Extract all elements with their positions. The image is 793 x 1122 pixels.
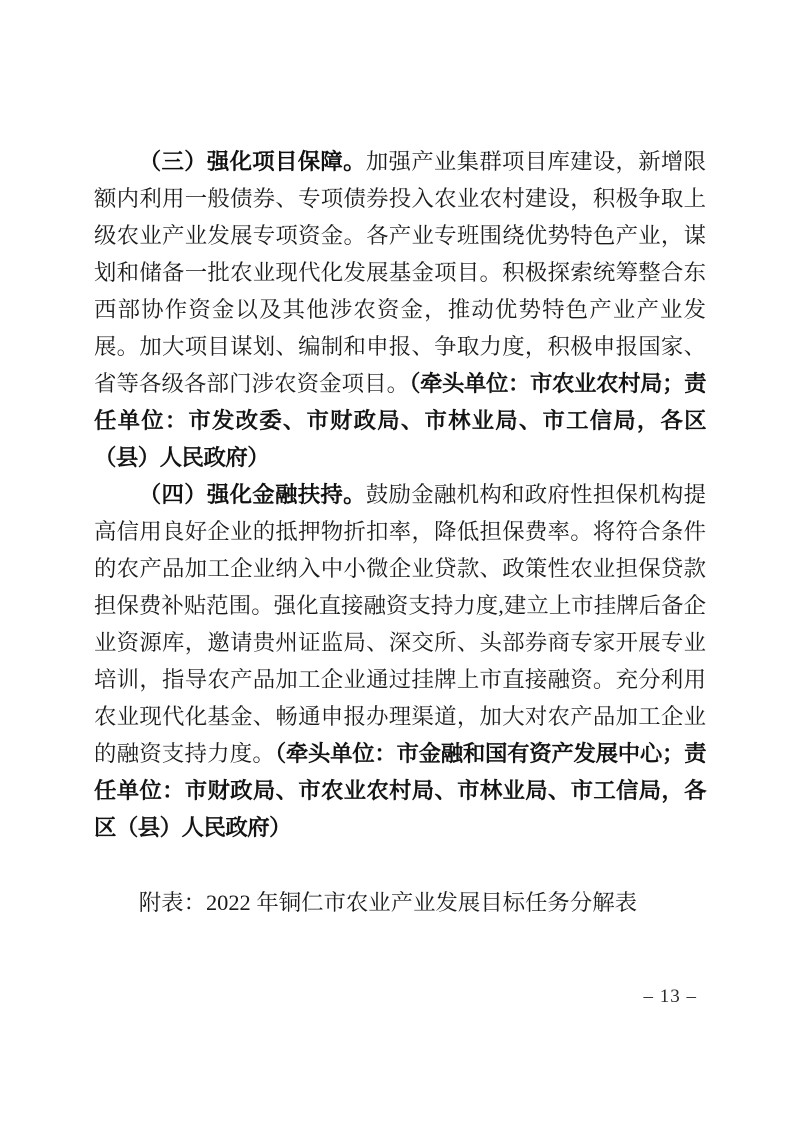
paragraph-section-3: （三）强化项目保障。加强产业集群项目库建设，新增限额内利用一般债券、专项债券投入… [94, 143, 706, 476]
section-3-body-text: 加强产业集群项目库建设，新增限额内利用一般债券、专项债券投入农业农村建设，积极争… [94, 149, 706, 396]
page-number: – 13 – [644, 986, 698, 1008]
appendix-note: 附表：2022 年铜仁市农业产业发展目标任务分解表 [94, 884, 706, 921]
section-4-body-text: 鼓励金融机构和政府性担保机构提高信用良好企业的抵押物折扣率，降低担保费率。将符合… [94, 482, 706, 766]
document-page: （三）强化项目保障。加强产业集群项目库建设，新增限额内利用一般债券、专项债券投入… [0, 0, 793, 1122]
document-body: （三）强化项目保障。加强产业集群项目库建设，新增限额内利用一般债券、专项债券投入… [94, 143, 706, 921]
section-4-heading: （四）强化金融扶持。 [139, 482, 366, 507]
paragraph-section-4: （四）强化金融扶持。鼓励金融机构和政府性担保机构提高信用良好企业的抵押物折扣率，… [94, 476, 706, 846]
section-3-heading: （三）强化项目保障。 [139, 149, 366, 174]
